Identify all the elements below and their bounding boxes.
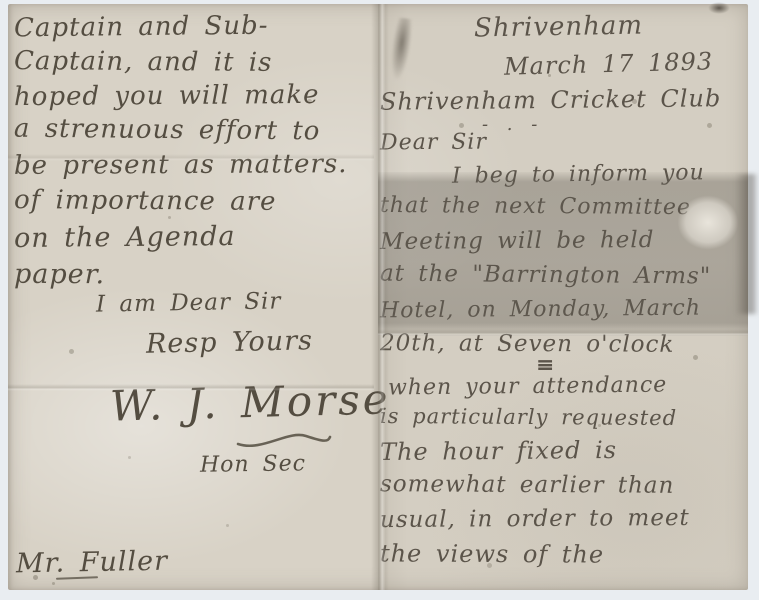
body-line: Captain and Sub- bbox=[14, 13, 269, 42]
body-line: The hour fixed is bbox=[380, 438, 617, 464]
date-line: March 17 1893 bbox=[504, 49, 714, 78]
body-line: is particularly requested bbox=[380, 406, 677, 429]
body-line: Captain, and it is bbox=[14, 48, 273, 76]
divider-line: - . - bbox=[482, 116, 541, 134]
body-line: on the Agenda bbox=[14, 223, 236, 252]
addressee-underline bbox=[56, 576, 98, 579]
right-page: Shrivenham March 17 1893 Shrivenham Cric… bbox=[378, 4, 748, 590]
ink-speckles bbox=[8, 4, 11, 7]
signature-flourish-icon bbox=[236, 428, 332, 450]
body-line: usual, in order to meet bbox=[380, 507, 690, 532]
salutation-line: Dear Sir bbox=[380, 132, 487, 155]
letter-scan: Captain and Sub- Captain, and it is hope… bbox=[0, 0, 759, 600]
body-line: of importance are bbox=[14, 187, 277, 215]
addressee-line: Mr. Fuller bbox=[16, 548, 168, 578]
body-line: somewhat earlier than bbox=[380, 473, 674, 498]
vertical-fold-crease bbox=[371, 4, 389, 590]
left-page: Captain and Sub- Captain, and it is hope… bbox=[8, 4, 378, 590]
closing-line: I am Dear Sir bbox=[96, 290, 282, 316]
body-line: Hotel, on Monday, March bbox=[380, 298, 701, 323]
top-edge-smudge bbox=[708, 2, 730, 14]
place-line: Shrivenham bbox=[474, 13, 643, 42]
body-line: a strenuous effort to bbox=[14, 116, 321, 145]
body-line: when your attendance bbox=[388, 375, 667, 400]
paper-sheet: Captain and Sub- Captain, and it is hope… bbox=[8, 4, 748, 590]
signer-title-line: Hon Sec bbox=[200, 453, 306, 476]
triple-underline-mark: ≡ bbox=[536, 354, 555, 376]
body-line: I beg to inform you bbox=[452, 162, 705, 188]
body-line: Meeting will be held bbox=[380, 229, 655, 254]
horizontal-crease-right bbox=[378, 329, 748, 336]
horizontal-crease-left-upper bbox=[8, 154, 374, 161]
body-line: the views of the bbox=[380, 541, 604, 566]
body-line: at the "Barrington Arms" bbox=[380, 263, 712, 289]
valediction-line: Resp Yours bbox=[146, 327, 313, 357]
horizontal-crease-left bbox=[8, 384, 374, 391]
org-line: Shrivenham Cricket Club bbox=[380, 86, 721, 114]
body-line: paper. bbox=[14, 261, 105, 288]
body-line: hoped you will make bbox=[14, 82, 320, 110]
body-line: that the next Committee bbox=[380, 195, 691, 219]
